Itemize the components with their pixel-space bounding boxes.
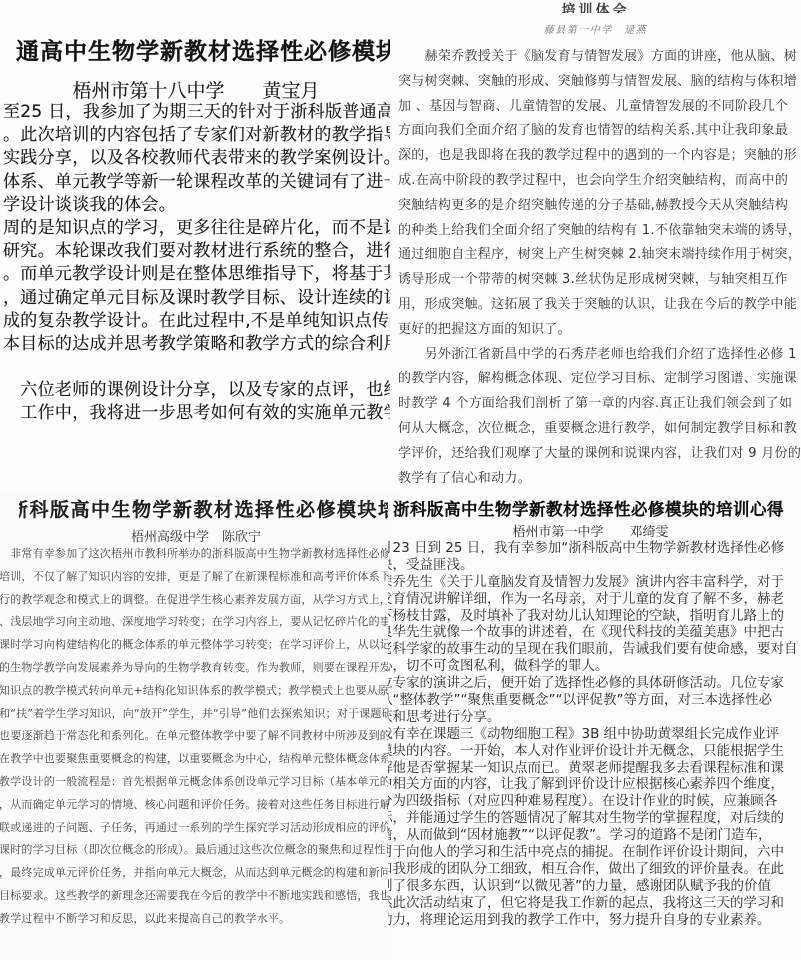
text-line: 我有幸在课题三《动物细胞工程》3B 组中协助黄翠组长完成作业评	[388, 726, 801, 743]
text-line: 诱导形成一个带蒂的树突棘 3.丝状伪足形成树突棘，与轴突相互作	[398, 268, 801, 293]
text-line: 至25 日，我参加了为期三天的针对于浙科版普通高中	[3, 101, 392, 124]
text-line: 研究。本轮课改我们要对教材进行系统的整合，进行整	[3, 240, 392, 263]
text-line: 。此次培训的内容包括了专家们对新教材的教学指导、	[3, 124, 392, 147]
text-line: 下杨枝甘露，及时填补了我对幼儿认知理论的空缺，指明育儿路上的	[388, 608, 801, 625]
text-line: 加 、基因与智商、儿童情智的发展、儿童情智发展的不同阶段几个	[398, 95, 801, 120]
text-line: 体系、单元教学等新一轮课程改革的关键词有了进一步	[3, 171, 392, 194]
text-line: 用，形成突触。这拓展了我关于突触的认识，让我在今后的教学中能	[398, 293, 801, 318]
text-line: 深的，也是我即将在我的教学过程中的遇到的一个内容是；突触的形	[398, 144, 801, 169]
text-line: 目标要求。这些教学的新理念还需要我在今后的教学中不断地实践和感悟，我也会在以	[0, 885, 400, 908]
text-line: 然此次活动结束了，但它将是我工作新的起点，我将这三天的学习和	[388, 895, 801, 912]
text-line: 心，切不可贪图私利，做科学的罪人。	[388, 658, 801, 675]
text-line: 赫荣乔教授关于《脑发育与情智发展》方面的讲座，他从脑、树	[398, 45, 801, 70]
page-body-text: 月23 日到 25 日，我有幸参加“浙科版高中生物学新教材选择性必修块，受益匪浅…	[388, 540, 801, 928]
text-line: 实践分享，以及各校教师代表带来的教学案例设计。	[3, 147, 392, 170]
page-title: 培训体会	[562, 0, 630, 13]
text-line: 从“整体教学”“聚焦重要概念”“以评促教”等方面，对三本选择性必	[388, 692, 801, 709]
text-line: 。而单元教学设计则是在整体思维指导下，将基于某一	[3, 263, 392, 286]
text-line: 何从大概念，次位概念，重要概念进行教学，如何制定教学目标和教	[398, 417, 801, 442]
text-line: 和我形成的团队分工细致，相互合作，做出了细致的评价量表。在此	[388, 861, 801, 878]
text-line: 月23 日到 25 日，我有幸参加“浙科版高中生物学新教材选择性必修	[388, 540, 801, 557]
text-line: 也要逐渐趋于常态化和系列化。在单元整体教学中要了解不同教材中所涉及到的大概念	[0, 725, 400, 748]
text-line: 行的教学观念和模式上的调整。在促进学生核心素养发展方面，从学习方式上，要从被	[0, 589, 400, 612]
text-line: 突触结构更多的是介绍突触传递的分子基础,赫教授今天从突触结构	[398, 194, 801, 219]
text-line: 通过细胞自主程序，树突上产生树突棘 2.轴突末端持续作用于树突，	[398, 243, 801, 268]
text-line: 培训，不仅了解了知识内容的安排，更是了解了在新课程标准和高考评价体系下，教师	[0, 566, 400, 589]
text-line: 非常有幸参加了这次梧州市教科所举办的浙科版高中生物学新教材选择性必修模块	[0, 543, 400, 566]
text-line: 学评价，还给我们观摩了大量的课例和说课内容，让我们对 9 月份的	[398, 442, 801, 467]
text-line: ，最终完成单元评价任务，并指向单元大概念，从而达到单元概念的构建和新问题的解	[0, 862, 400, 885]
page-bottom-right: 浙科版高中生物学新教材选择性必修模块的培训心得 梧州市第一中学 邓绮雯 月23 …	[388, 495, 801, 960]
text-line: 课时学习向构建结构化的概念体系的单元整体学习转变；在学习评价上，从以记忆事实	[0, 634, 400, 657]
text-line: ，通过确定单元目标及课时教学目标、设计连续的课时	[3, 287, 392, 310]
page-title: 浙科版高中生物学新教材选择性必修模块培训心得	[19, 495, 400, 521]
text-line: 获和思考进行分享。	[388, 709, 801, 726]
text-line: 发育情况讲解详细，作为一名母亲，对于儿童的发育了解不多，赫老	[388, 591, 801, 608]
scanned-documents-collage: 通高中生物学新教材选择性必修模块培 梧州市第十八中学 黄宝月 至25 日，我参加…	[0, 0, 801, 960]
text-line: 良华先生就像一个故事的讲述着，在《现代科技的美蕴美惠》中把古	[388, 624, 801, 641]
text-line: 六位老师的课例设计分享，以及专家的点评，也给我很	[3, 379, 392, 402]
page-body-text: 至25 日，我参加了为期三天的针对于浙科版普通高中。此次培训的内容包括了专家们对…	[3, 101, 392, 426]
text-line: 和“扶”着学生学习知识，向“放开”学生，并“引导”他们去探索知识；对于课题研	[0, 703, 400, 726]
text-line: 更好的把握这方面的知识了。	[398, 318, 801, 343]
text-line: 的种类上给我们全面介绍了突触的结构有 1.不依靠轴突末端的诱导，	[398, 219, 801, 244]
text-line: 本目标的达成并思考教学策略和教学方式的综合利用	[3, 333, 392, 356]
text-line	[3, 356, 392, 379]
text-line: 老科学家的故事生动的呈现在我们眼前，告诫我们要有使命感，要对自	[388, 641, 801, 658]
text-line: 知识点的教学模式转向单元+结构化知识体系的教学模式；教学模式上也要从原有的“牵”	[0, 680, 400, 703]
text-line: 周的是知识点的学习，更多往往是碎片化，而不是让学	[3, 217, 392, 240]
text-line: 分为四级指标（对应四种难易程度）。在设计作业的时候，应兼顾各	[388, 793, 801, 810]
page-body-text: 赫荣乔教授关于《脑发育与情智发展》方面的讲座，他从脑、树突与树突棘、突触的形成、…	[398, 45, 801, 491]
text-line: 位专家的演讲之后，便开始了选择性必修的具体研修活动。几位专家	[388, 675, 801, 692]
page-body-text: 非常有幸参加了这次梧州市教科所举办的浙科版高中生物学新教材选择性必修模块培训，不…	[2, 543, 400, 931]
cut-off-page-title: 培训体会	[390, 0, 801, 13]
text-line: 工作中，我将进一步思考如何有效的实施单元教学，在	[3, 402, 392, 425]
text-line: 教学过程中不断学习和反思，以此来提高自己的教学水平。	[0, 908, 400, 931]
text-line: 、浅层地学习向主动地、深度地学习转变；在学习内容上，要从记忆碎片化的事实性知	[0, 611, 400, 634]
page-byline: 梧州市第十八中学 黄宝月	[0, 76, 392, 103]
text-line: 学设计谈谈我的体会。	[3, 194, 392, 217]
text-line: ，从而确定单元学习的情境、核心问题和评价任务。接着对这些任务目标进行解构，分	[0, 794, 400, 817]
text-line: 解他是否掌握某一知识点而已。黄翠老师提醒我多去看课程标准和课	[388, 760, 801, 777]
text-line: 方面向我们全面介绍了脑的发育也情智的结构关系.其中让我印象最	[398, 119, 801, 144]
page-byline: 藤县第一中学 逯燕	[390, 21, 801, 36]
page-top-left: 通高中生物学新教材选择性必修模块培 梧州市第十八中学 黄宝月 至25 日，我参加…	[0, 0, 392, 493]
text-line: 到了很多东西，认识到“以微见著”的力量，感谢团队赋予我的价值	[388, 878, 801, 895]
text-line: 动力，将理论运用到我的教学工作中，努力提升自身的专业素养。	[388, 912, 801, 929]
text-line: 在教学中也要聚焦重要概念的构建，以重要概念为中心，结构单元整体概念体系。解决	[0, 748, 400, 771]
page-title: 浙科版高中生物学新教材选择性必修模块的培训心得	[393, 496, 784, 520]
text-line: 教学设计的一般流程是：首先根据单元概念体系创设单元学习目标（基本单元的重要概	[0, 771, 400, 794]
text-line: 的生物学教学向发展素养为导向的生物学教育转变。作为教师，则要在课程开发中从以	[0, 657, 400, 680]
text-line: 成.在高中阶段的教学过程中，也会向学生介绍突触结构，而高中的	[398, 169, 801, 194]
text-line: 突与树突棘、突触的形成、突触修剪与情智发展、脑的结构与体积增	[398, 70, 801, 95]
text-line: 课时的学习目标（即次位概念的形成）。最后通过这些次位概念的聚焦和过程性评价，	[0, 839, 400, 862]
text-line: 块，受益匪浅。	[388, 557, 801, 574]
text-line: 标，并能通过学生的答题情况了解其对生物学的掌握程度，对后续的	[388, 810, 801, 827]
page-bottom-left: 浙科版高中生物学新教材选择性必修模块培训心得 梧州高级中学 陈欣宁 非常有幸参加…	[0, 493, 400, 960]
text-line: 中相关方面的内容，让我了解到评价设计应根据核心素养四个维度，	[388, 776, 801, 793]
page-top-right: 培训体会 藤县第一中学 逯燕 赫荣乔教授关于《脑发育与情智发展》方面的讲座，他从…	[390, 0, 801, 496]
page-byline: 梧州市第一中学 邓绮雯	[388, 521, 793, 540]
clipped-title-wrap: 浙科版高中生物学新教材选择性必修模块培训心得	[19, 495, 400, 521]
page-title: 通高中生物学新教材选择性必修模块培	[16, 33, 392, 66]
text-line: 用于向他人的学习和生活中亮点的捕捉。在制作评价设计期间，六中	[388, 844, 801, 861]
text-line: 的教学内容，解构概念体现、定位学习目标、定制学习图谱、实施课	[398, 367, 801, 392]
text-line: 模块的内容。一开始，本人对作业评价设计并无概念，只能根据学生	[388, 743, 801, 760]
text-line: 荣乔先生《关于儿童脑发育及情智力发展》演讲内容丰富科学，对于	[388, 574, 801, 591]
text-line: 另外浙江省新昌中学的石秀芹老师也给我们介绍了选择性必修 1	[398, 343, 801, 368]
text-line: 瞻，从而做到“因材施教”“以评促教”。学习的道路不是闭门造车，	[388, 827, 801, 844]
text-line: 时教学 4 个方面给我们剖析了第一章的内容.真正让我们领会到了如	[398, 392, 801, 417]
text-line: 联或递进的子问题、子任务，再通过一系列的学生探究学习活动形成相应的评价去撑，	[0, 817, 400, 840]
text-line: 教学有了信心和动力。	[398, 467, 801, 492]
text-line: 成的复杂教学设计。在此过程中,不是单纯知识点传授	[3, 310, 392, 333]
